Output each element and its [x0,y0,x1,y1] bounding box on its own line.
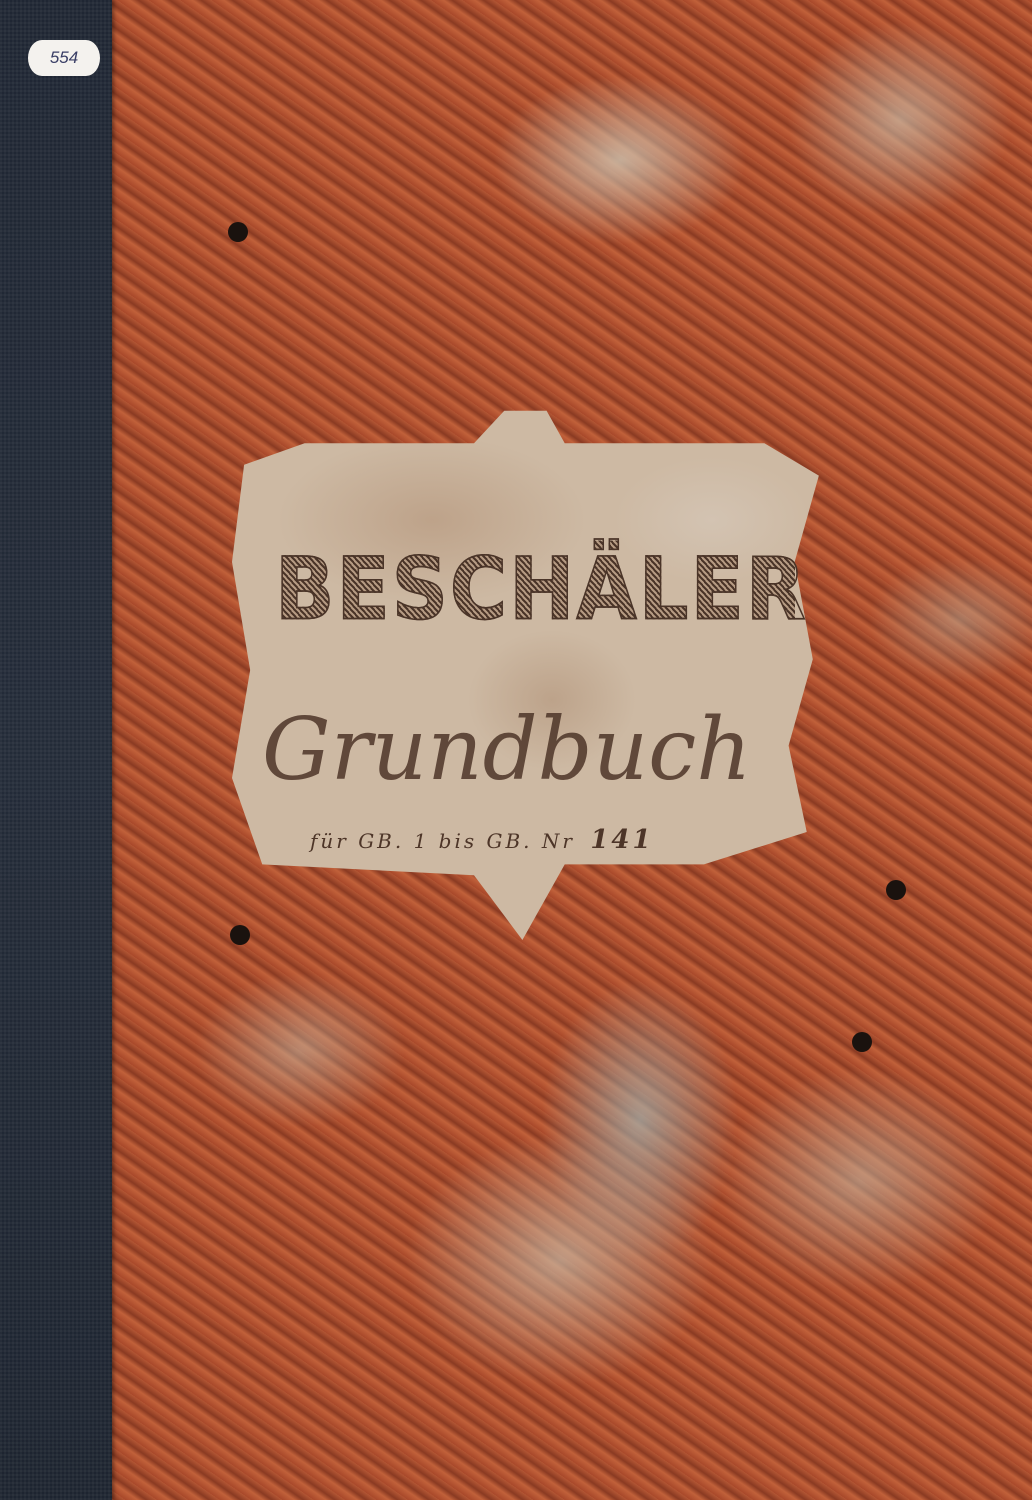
binding-hole [886,880,906,900]
printed-title: BESCHÄLER [275,541,795,640]
catalog-number: 554 [50,48,78,68]
handwritten-title: Grundbuch [262,700,752,800]
volume-subline: für GB. 1 bis GB. Nr 141 [310,825,654,855]
binding-hole [852,1032,872,1052]
title-label [232,400,837,940]
book-cover: 554 BESCHÄLER Grundbuch für GB. 1 bis GB… [0,0,1032,1500]
subline-text: für GB. 1 bis GB. Nr [310,829,575,853]
volume-number: 141 [590,825,653,855]
cloth-spine [0,0,112,1500]
binding-hole [228,222,248,242]
binding-hole [230,925,250,945]
catalog-number-tag: 554 [28,40,100,76]
